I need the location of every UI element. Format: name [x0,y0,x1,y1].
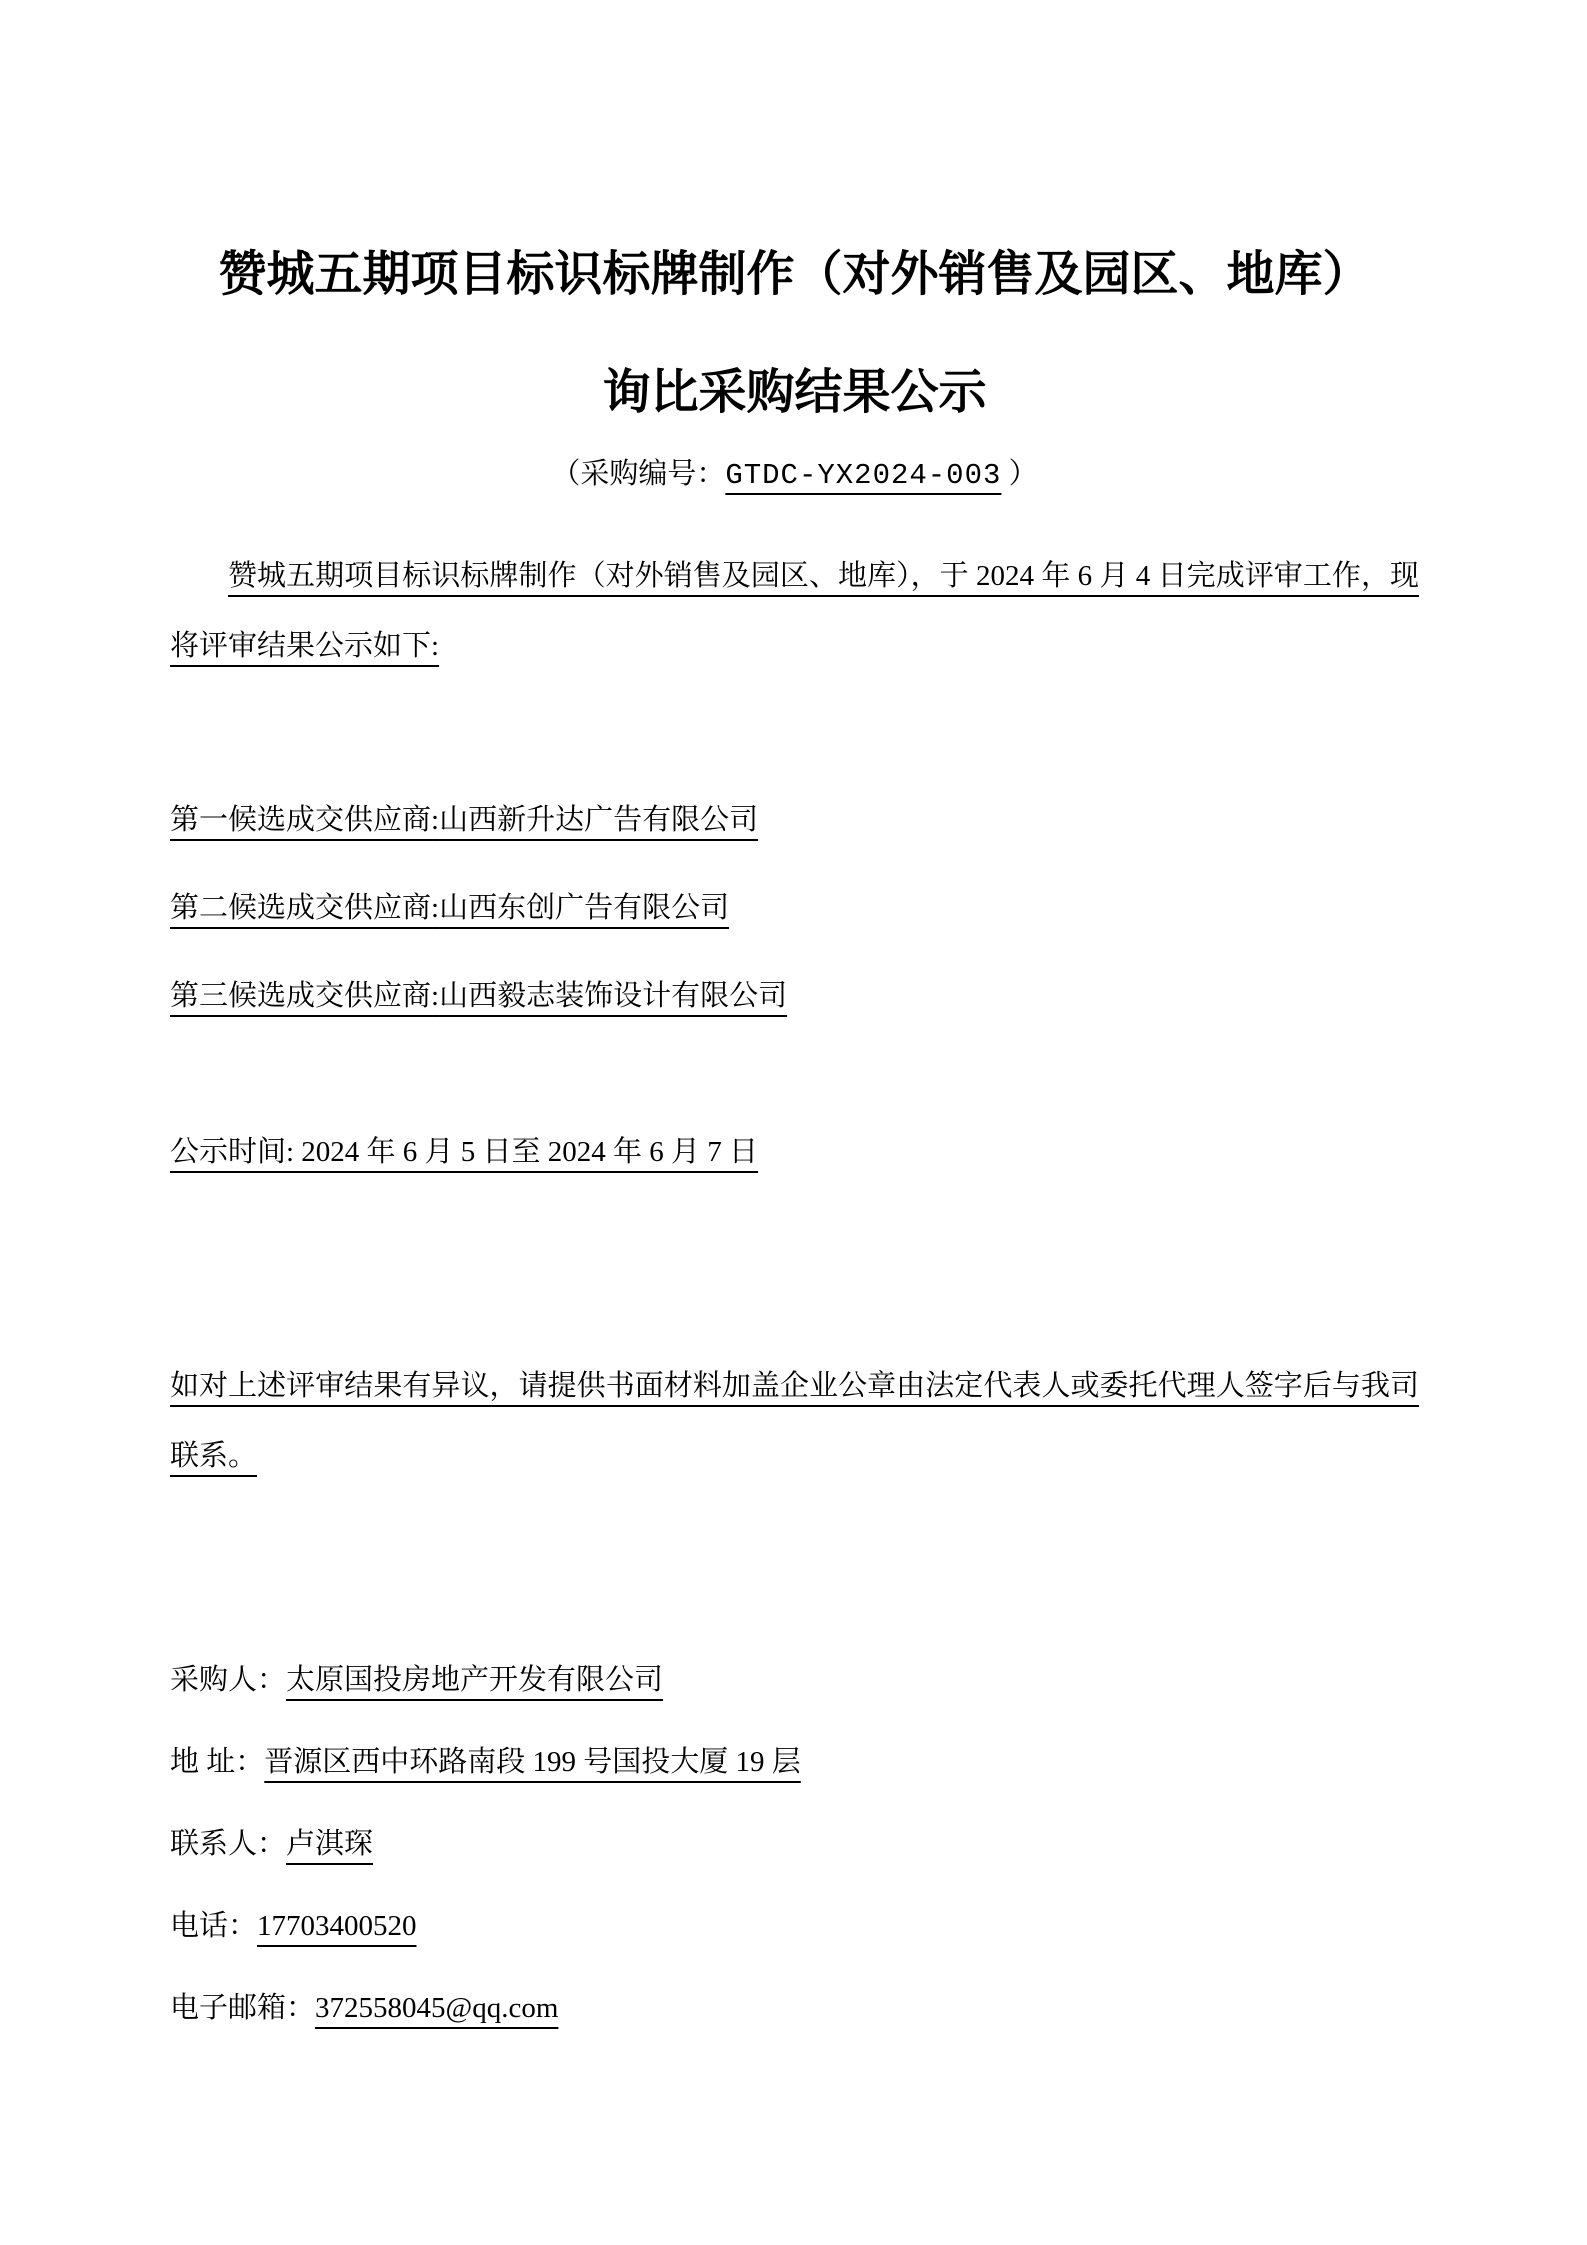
spacer [170,1063,1419,1131]
contact-email-value: 372558045@qq.com [315,1992,558,2024]
candidate-1-label: 第一候选成交供应商: [170,804,439,836]
contact-phone-label: 电话： [170,1910,257,1942]
spacer [170,1491,1419,1659]
contact-row-phone: 电话：17703400520 [170,1905,1419,1947]
document-page: 赞城五期项目标识标牌制作（对外销售及园区、地库） 询比采购结果公示 （采购编号：… [0,0,1587,2245]
objection-paragraph: 如对上述评审结果有异议，请提供书面材料加盖企业公章由法定代表人或委托代理人签字后… [170,1351,1419,1491]
candidate-line-3: 第三候选成交供应商:山西毅志装饰设计有限公司 [170,975,1419,1017]
procurement-number-value: GTDC-YX2024-003 [725,459,1001,492]
candidate-line-2: 第二候选成交供应商:山西东创广告有限公司 [170,887,1419,929]
contact-purchaser-label: 采购人： [170,1664,286,1696]
contact-person-value: 卢淇琛 [286,1828,373,1860]
objection-text: 如对上述评审结果有异议，请提供书面材料加盖企业公章由法定代表人或委托代理人签字后… [170,1370,1419,1472]
contact-row-address: 地 址：晋源区西中环路南段 199 号国投大厦 19 层 [170,1741,1419,1783]
contact-address-value: 晋源区西中环路南段 199 号国投大厦 19 层 [264,1746,801,1778]
contact-person-label: 联系人： [170,1828,286,1860]
contact-phone-value: 17703400520 [257,1910,417,1942]
page-title-line2: 询比采购结果公示 [170,363,1419,423]
contact-address-label: 地 址： [170,1746,264,1778]
candidate-1-name: 山西新升达广告有限公司 [439,804,758,836]
contact-purchaser-value: 太原国投房地产开发有限公司 [286,1664,663,1696]
candidate-2-name: 山西东创广告有限公司 [439,892,729,924]
candidate-3-label: 第三候选成交供应商: [170,980,439,1012]
intro-paragraph: 赞城五期项目标识标牌制作（对外销售及园区、地库），于 2024 年 6 月 4 … [170,541,1419,681]
contact-row-purchaser: 采购人：太原国投房地产开发有限公司 [170,1659,1419,1701]
candidate-2-label: 第二候选成交供应商: [170,892,439,924]
spacer [170,681,1419,799]
candidate-3-name: 山西毅志装饰设计有限公司 [439,980,787,1012]
spacer [170,1173,1419,1351]
procurement-number-prefix: （采购编号： [551,458,725,490]
candidate-line-1: 第一候选成交供应商:山西新升达广告有限公司 [170,799,1419,841]
publicity-period-line: 公示时间: 2024 年 6 月 5 日至 2024 年 6 月 7 日 [170,1131,1419,1173]
contact-row-person: 联系人：卢淇琛 [170,1823,1419,1865]
contact-email-label: 电子邮箱： [170,1992,315,2024]
publicity-period-text: 公示时间: 2024 年 6 月 5 日至 2024 年 6 月 7 日 [170,1136,758,1168]
procurement-number-line: （采购编号：GTDC-YX2024-003 ） [170,453,1419,497]
procurement-number-suffix: ） [1001,458,1037,490]
page-title-line1: 赞城五期项目标识标牌制作（对外销售及园区、地库） [170,245,1419,305]
contact-row-email: 电子邮箱：372558045@qq.com [170,1987,1419,2029]
intro-text: 赞城五期项目标识标牌制作（对外销售及园区、地库），于 2024 年 6 月 4 … [170,560,1419,662]
